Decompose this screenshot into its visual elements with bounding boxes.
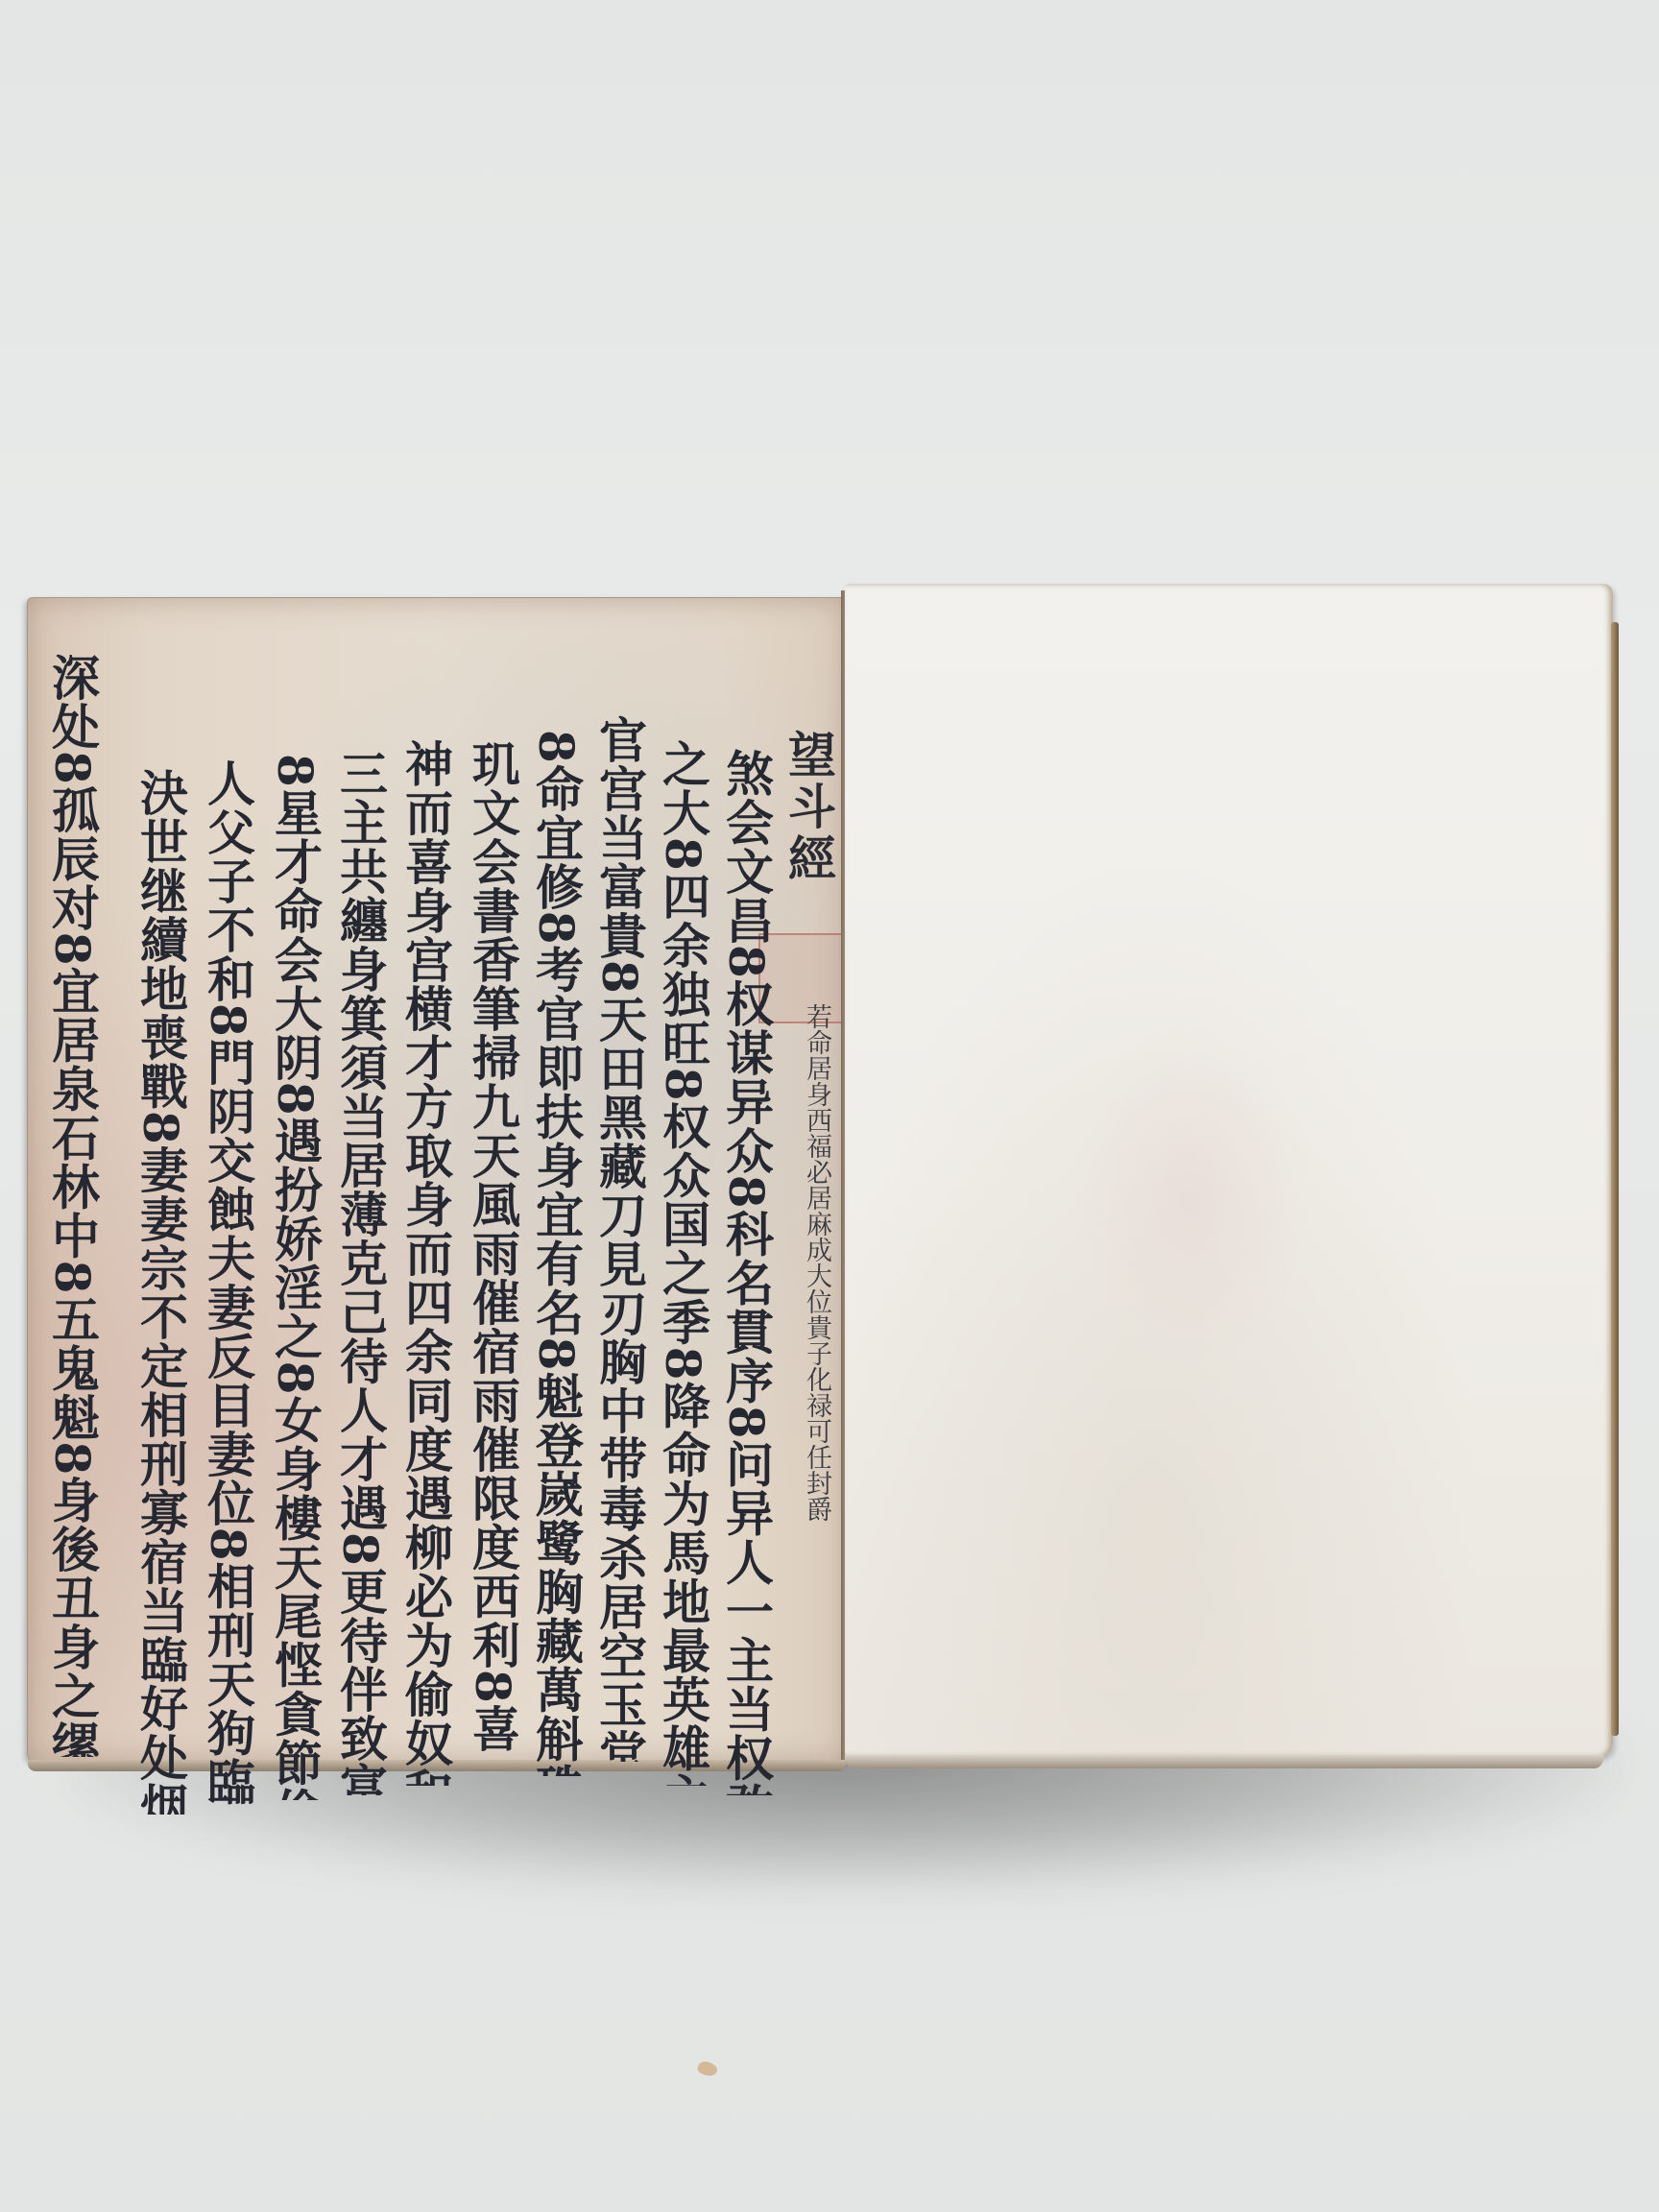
text-column-4: 8命宜修8考官即扶身宜有名8魁登嵗鹭胸藏萬斛珠 xyxy=(522,730,586,1776)
right-page-fore-edge xyxy=(1611,622,1619,1736)
text-column-10: 決世继續地喪戰8妻妻宗不定相刑寡宿当臨好处烟霞 xyxy=(127,768,190,1815)
right-page-blank xyxy=(845,584,1613,1757)
text-column-5: 玑文会書香筆掃九天風雨催宿雨催限度西利8喜 xyxy=(459,739,522,1786)
title-annotation: 若命居身西福必居麻成大位貴子化禄可任封爵 xyxy=(797,1003,835,1522)
text-column-8: 8星才命会大阴8遇扮娇淫之8女身樓天尾悭貪節儉之 xyxy=(261,754,325,1800)
page-title: 望斗經 xyxy=(785,730,843,885)
open-manuscript-book: 望斗經 若命居身西福必居麻成大位貴子化禄可任封爵 煞会文昌8权谋异众8科名貫序8… xyxy=(0,0,1659,2212)
right-page-bottom-edge xyxy=(845,1755,1603,1768)
text-column-9: 人父子不和8門阴交蝕夫妻反目妻位8相刑天狗臨8倒骨 xyxy=(194,758,257,1805)
text-column-2: 之大8四余独旺8权众国之季8降命为馬地最英雄主刻 xyxy=(649,739,712,1786)
text-column-1: 煞会文昌8权谋异众8科名貫序8问异人一主当权敢掌当朝 xyxy=(712,749,776,1795)
paper-fragment xyxy=(696,2058,719,2079)
text-column-6: 神而喜身宫横才方取身而四余同度遇柳必为偷奴和 xyxy=(392,739,455,1786)
text-column-3: 官宫当富貴8天田黑藏刀見刃胸中带毒杀居空玉堂 xyxy=(586,715,649,1762)
text-column-7: 三主共纏身箕須当居薄克己待人才遇8更待伴致富 xyxy=(326,749,390,1795)
text-column-11: 深处8孤辰对8宜居泉石林中8五鬼魁8身後丑身之缧绁8刑 xyxy=(38,653,102,1757)
